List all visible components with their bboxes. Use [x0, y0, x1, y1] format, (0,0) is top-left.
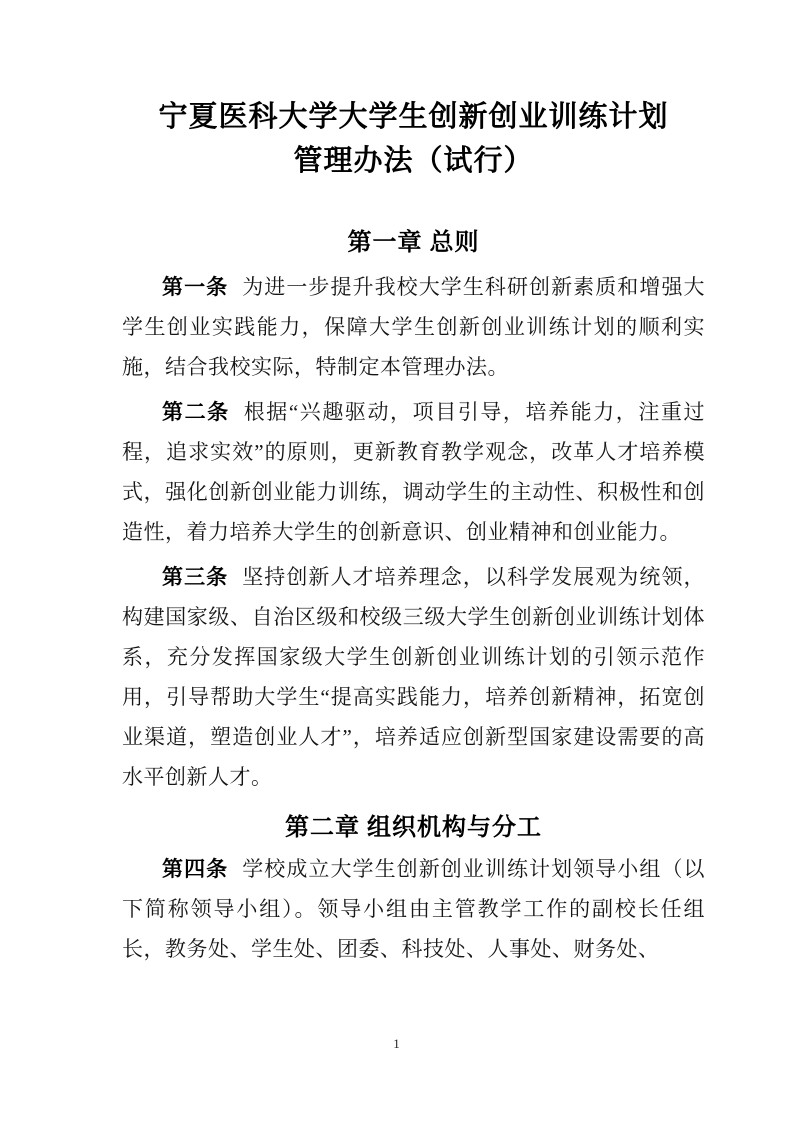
article-2-label: 第二条 — [162, 400, 230, 424]
chapter-1-heading: 第一章 总则 — [122, 228, 705, 258]
article-1-paragraph: 第一条为进一步提升我校大学生科研创新素质和增强大学生创业实践能力，保障大学生创新… — [122, 267, 705, 387]
document-title-line2: 管理办法（试行） — [122, 139, 705, 183]
article-1-label: 第一条 — [162, 275, 228, 299]
article-3-text: 坚持创新人才培养理念，以科学发展观为统领，构建国家级、自治区级和校级三级大学生创… — [122, 565, 705, 789]
document-title: 宁夏医科大学大学生创新创业训练计划 管理办法（试行） — [122, 95, 705, 183]
article-4-label: 第四条 — [162, 857, 228, 881]
article-2-paragraph: 第二条根据“兴趣驱动，项目引导，培养能力，注重过程，追求实效”的原则，更新教育教… — [122, 392, 705, 552]
document-page: 宁夏医科大学大学生创新创业训练计划 管理办法（试行） 第一章 总则 第一条为进一… — [0, 0, 793, 1122]
article-3-label: 第三条 — [162, 565, 228, 589]
page-number: 1 — [0, 1036, 793, 1052]
article-4-paragraph: 第四条学校成立大学生创新创业训练计划领导小组（以下简称领导小组）。领导小组由主管… — [122, 849, 705, 969]
chapter-2-heading: 第二章 组织机构与分工 — [122, 813, 705, 843]
article-3-paragraph: 第三条坚持创新人才培养理念，以科学发展观为统领，构建国家级、自治区级和校级三级大… — [122, 557, 705, 797]
document-title-line1: 宁夏医科大学大学生创新创业训练计划 — [122, 95, 705, 139]
